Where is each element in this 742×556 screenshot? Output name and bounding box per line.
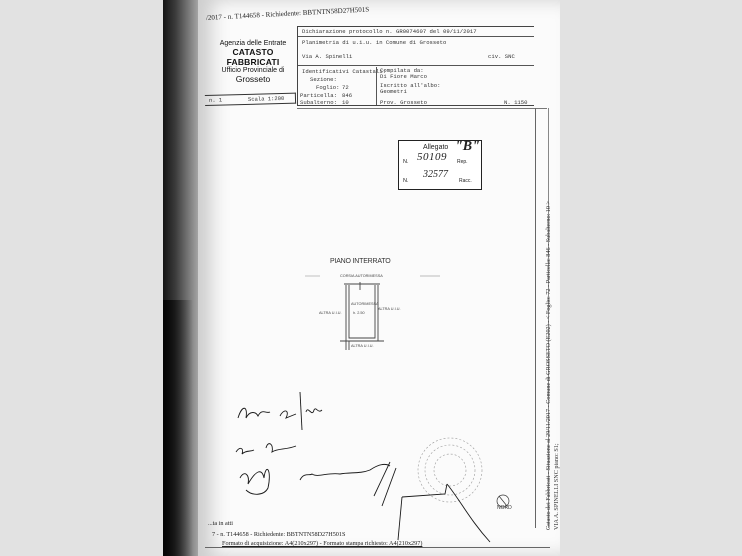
footer-line3: Formato di acquisizione: A4(210x297) - F… xyxy=(222,540,422,547)
footer-rule xyxy=(205,547,550,548)
official-seal xyxy=(418,438,482,502)
north-label: NORD xyxy=(497,505,512,511)
footer-line2: 7 - n. T144658 - Richiedente: BBTNTN58D2… xyxy=(212,531,345,538)
floor-plan-drawing xyxy=(0,0,742,556)
cadastral-side-caption: Catasto dei Fabbricati - Situazione al 2… xyxy=(545,201,561,530)
signatures xyxy=(236,392,396,506)
side-caption-line1: Catasto dei Fabbricati - Situazione al 2… xyxy=(545,201,553,530)
side-caption-line2: VIA A. SPINELLI SNC piano: S1; xyxy=(553,201,561,530)
page-frame-line xyxy=(535,108,536,528)
footer-line1: ...ta in atti xyxy=(208,520,233,527)
